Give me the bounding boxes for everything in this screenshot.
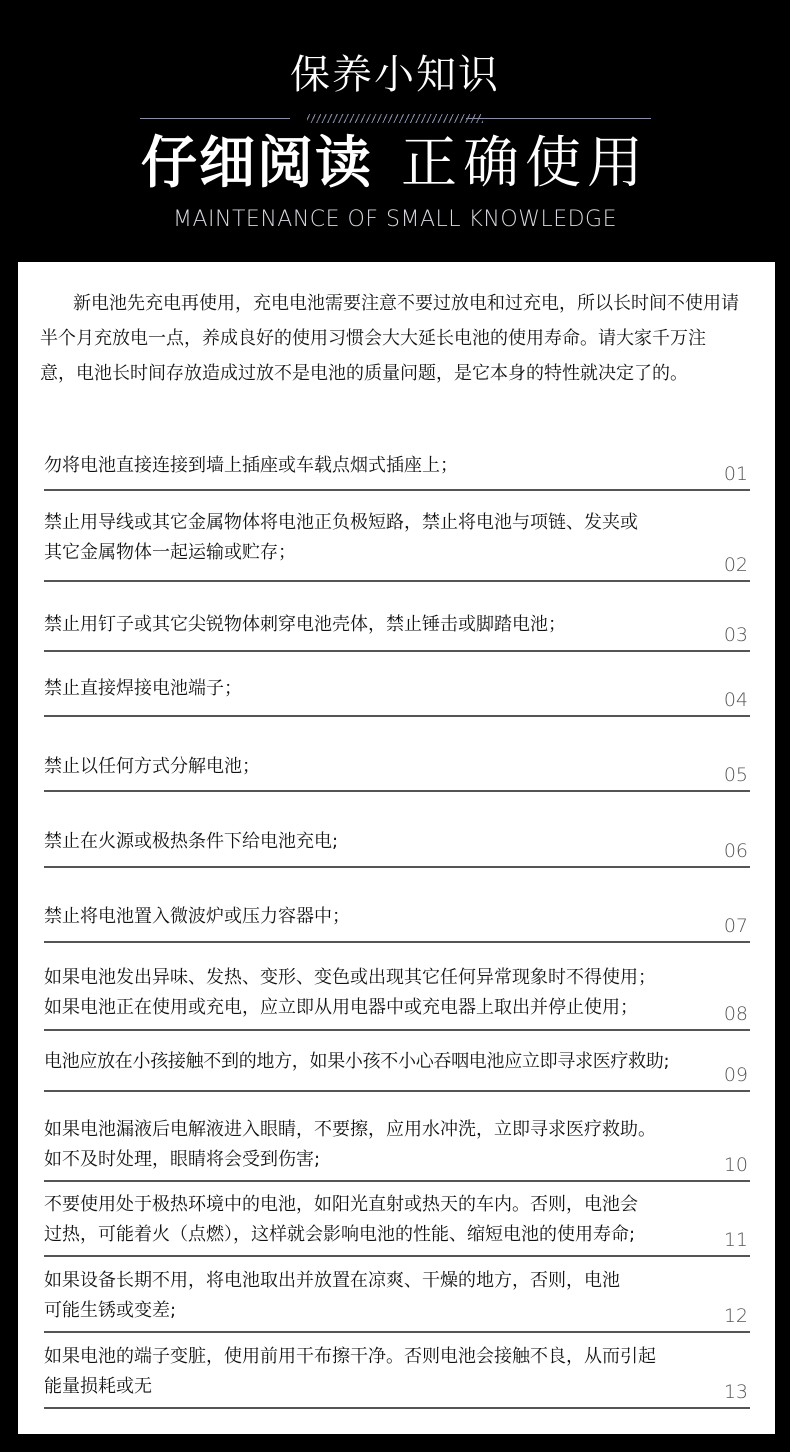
list-item-13: 如果电池的端子变脏，使用前用干布擦干净。否则电池会接触不良，从而引起能量损耗或无…: [44, 1339, 750, 1409]
list-item-07: 禁止将电池置入微波炉或压力容器中； 07: [44, 882, 750, 943]
divider-line-left: [140, 118, 290, 119]
list-item-09: 电池应放在小孩接触不到的地方，如果小孩不小心吞咽电池应立即寻求医疗救助; 09: [44, 1042, 750, 1092]
item-number: 12: [724, 1305, 748, 1327]
item-number: 05: [724, 764, 748, 786]
list-item-01: 勿将电池直接连接到墙上插座或车载点烟式插座上； 01: [44, 445, 750, 491]
item-number: 13: [724, 1381, 748, 1403]
content-panel: 新电池先充电再使用，充电电池需要注意不要过放电和过充电，所以长时间不使用请半个月…: [18, 262, 775, 1434]
header-title-light: 正确使用: [401, 131, 649, 196]
item-text: 如果设备长期不用，将电池取出并放置在凉爽、干燥的地方，否则，电池可能生锈或变差;: [44, 1266, 724, 1326]
item-text: 如果电池发出异味、发热、变形、变色或出现其它任何异常现象时不得使用；如果电池正在…: [44, 963, 724, 1023]
header-title: 仔细阅读正确使用: [0, 128, 790, 200]
item-number: 07: [724, 915, 748, 937]
item-text: 电池应放在小孩接触不到的地方，如果小孩不小心吞咽电池应立即寻求医疗救助;: [44, 1047, 750, 1077]
item-text: 禁止以任何方式分解电池；: [44, 752, 724, 782]
header-divider: [0, 113, 790, 123]
intro-paragraph: 新电池先充电再使用，充电电池需要注意不要过放电和过充电，所以长时间不使用请半个月…: [40, 286, 740, 391]
item-text: 禁止用钉子或其它尖锐物体刺穿电池壳体，禁止锤击或脚踏电池；: [44, 610, 724, 640]
list-item-03: 禁止用钉子或其它尖锐物体刺穿电池壳体，禁止锤击或脚踏电池； 03: [44, 602, 750, 652]
item-text: 禁止直接焊接电池端子；: [44, 674, 724, 704]
item-number: 01: [724, 463, 748, 485]
divider-stripes: [307, 114, 483, 123]
header-english: MAINTENANCE OF SMALL KNOWLEDGE: [0, 205, 790, 235]
list-item-04: 禁止直接焊接电池端子； 04: [44, 666, 750, 717]
item-number: 03: [724, 624, 748, 646]
list-item-06: 禁止在火源或极热条件下给电池充电; 06: [44, 807, 750, 868]
item-number: 08: [724, 1003, 748, 1025]
list-item-02: 禁止用导线或其它金属物体将电池正负极短路，禁止将电池与项链、发夹或其它金属物体一…: [44, 502, 750, 582]
list-item-05: 禁止以任何方式分解电池； 05: [44, 732, 750, 792]
item-number: 09: [724, 1064, 748, 1086]
header-title-bold: 仔细阅读: [141, 131, 373, 196]
item-text: 如果电池漏液后电解液进入眼睛，不要擦，应用水冲洗，立即寻求医疗救助。如不及时处理…: [44, 1115, 724, 1175]
divider-line-right: [466, 118, 651, 119]
item-number: 10: [724, 1154, 748, 1176]
list-item-11: 不要使用处于极热环境中的电池，如阳光直射或热天的车内。否则，电池会过热，可能着火…: [44, 1187, 750, 1257]
list-item-10: 如果电池漏液后电解液进入眼睛，不要擦，应用水冲洗，立即寻求医疗救助。如不及时处理…: [44, 1112, 750, 1182]
list-item-12: 如果设备长期不用，将电池取出并放置在凉爽、干燥的地方，否则，电池可能生锈或变差;…: [44, 1263, 750, 1333]
item-number: 06: [724, 840, 748, 862]
item-text: 勿将电池直接连接到墙上插座或车载点烟式插座上；: [44, 451, 724, 481]
header-subtitle: 保养小知识: [0, 50, 790, 100]
item-text: 禁止在火源或极热条件下给电池充电;: [44, 827, 724, 857]
list-item-08: 如果电池发出异味、发热、变形、变色或出现其它任何异常现象时不得使用；如果电池正在…: [44, 962, 750, 1031]
item-number: 02: [724, 554, 748, 576]
item-text: 禁止将电池置入微波炉或压力容器中；: [44, 902, 724, 932]
item-number: 11: [724, 1229, 748, 1251]
item-number: 04: [724, 689, 748, 711]
item-text: 禁止用导线或其它金属物体将电池正负极短路，禁止将电池与项链、发夹或其它金属物体一…: [44, 508, 724, 568]
item-text: 如果电池的端子变脏，使用前用干布擦干净。否则电池会接触不良，从而引起能量损耗或无: [44, 1342, 724, 1402]
item-text: 不要使用处于极热环境中的电池，如阳光直射或热天的车内。否则，电池会过热，可能着火…: [44, 1190, 724, 1250]
